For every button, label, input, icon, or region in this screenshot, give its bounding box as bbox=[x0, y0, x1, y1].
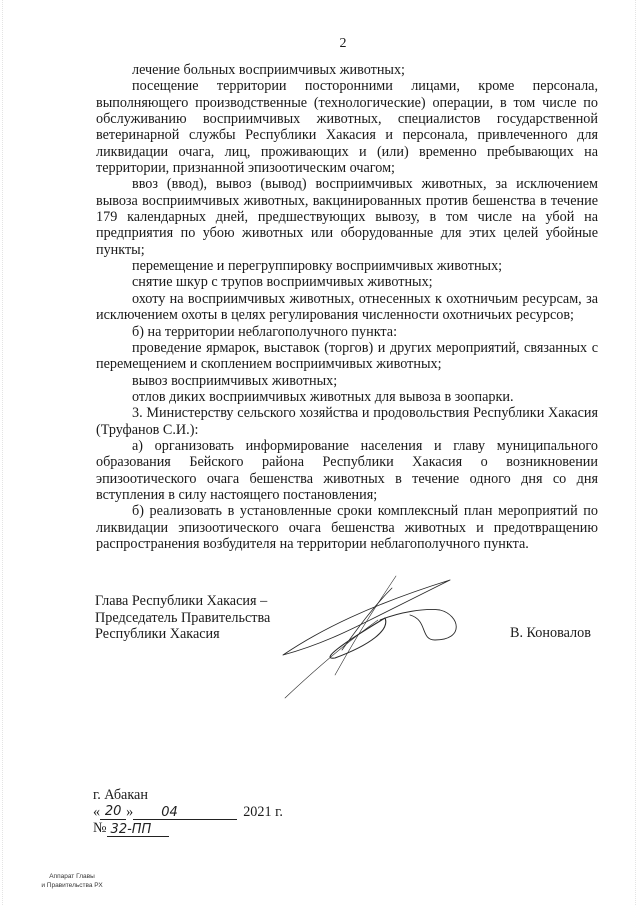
footer-stamp: Аппарат Главы и Правительства РХ bbox=[26, 872, 118, 890]
paragraph: вывоз восприимчивых животных; bbox=[96, 373, 598, 389]
document-number-field: 32-ПП bbox=[107, 822, 169, 837]
paragraph: ввоз (ввод), вывоз (вывод) восприимчивых… bbox=[96, 176, 598, 258]
paragraph: отлов диких восприимчивых животных для в… bbox=[96, 389, 598, 405]
date-month-field: 04 bbox=[133, 805, 237, 820]
page-number: 2 bbox=[0, 36, 640, 52]
paragraph: проведение ярмарок, выставок (торгов) и … bbox=[96, 340, 598, 373]
signer-title-line: Глава Республики Хакасия – bbox=[95, 593, 270, 610]
scan-edge-left bbox=[2, 0, 5, 905]
issuance-number: № 32-ПП bbox=[93, 820, 283, 837]
footer-stamp-line: и Правительства РХ bbox=[26, 881, 118, 890]
document-body: лечение больных восприимчивых животных; … bbox=[96, 62, 598, 552]
paragraph: а) организовать информирование населения… bbox=[96, 438, 598, 503]
signer-title: Глава Республики Хакасия – Председатель … bbox=[95, 593, 270, 643]
paragraph: снятие шкур с трупов восприимчивых живот… bbox=[96, 274, 598, 290]
footer-stamp-line: Аппарат Главы bbox=[26, 872, 118, 881]
issuance-date: « 20 » 04 2021 г. bbox=[93, 804, 283, 821]
date-day-field: 20 bbox=[100, 804, 126, 820]
date-close-quote: » bbox=[126, 804, 133, 821]
number-prefix: № bbox=[93, 820, 107, 837]
issuance-block: г. Абакан « 20 » 04 2021 г. № 32-ПП bbox=[93, 787, 283, 837]
paragraph: б) на территории неблагополучного пункта… bbox=[96, 324, 598, 340]
paragraph: охоту на восприимчивых животных, отнесен… bbox=[96, 291, 598, 324]
date-year: 2021 г. bbox=[243, 804, 283, 821]
paragraph: посещение территории посторонними лицами… bbox=[96, 78, 598, 176]
paragraph: перемещение и перегруппировку восприимчи… bbox=[96, 258, 598, 274]
paragraph: б) реализовать в установленные сроки ком… bbox=[96, 503, 598, 552]
issuance-city: г. Абакан bbox=[93, 787, 283, 804]
paragraph: 3. Министерству сельского хозяйства и пр… bbox=[96, 405, 598, 438]
handwritten-signature bbox=[260, 560, 480, 700]
paragraph: лечение больных восприимчивых животных; bbox=[96, 62, 598, 78]
signer-title-line: Председатель Правительства bbox=[95, 610, 270, 627]
date-open-quote: « bbox=[93, 804, 100, 821]
scan-edge-right bbox=[633, 0, 636, 905]
signer-name: В. Коновалов bbox=[510, 625, 591, 642]
signer-title-line: Республики Хакасия bbox=[95, 626, 270, 643]
